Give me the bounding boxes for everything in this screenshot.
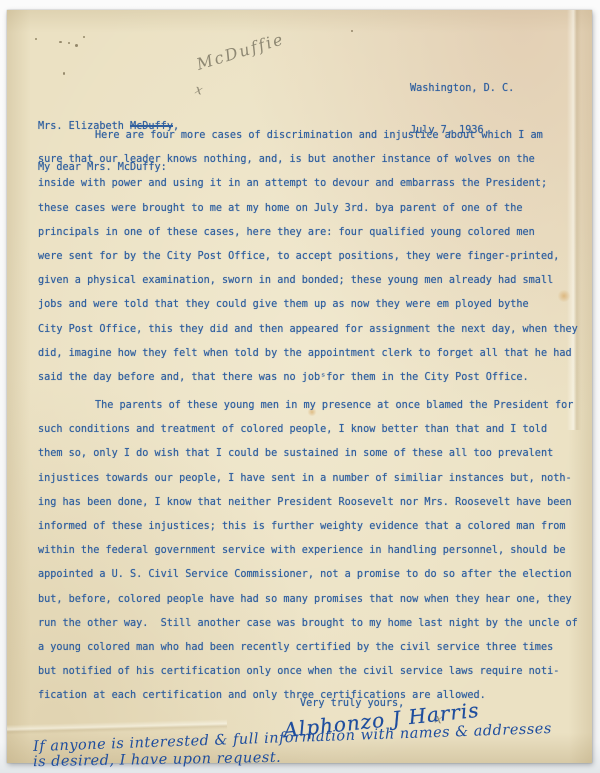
letter-line: said the day before and, that there was … bbox=[38, 366, 586, 390]
postscript-line-2: is desired, I have upon request. bbox=[33, 750, 281, 770]
paper-speck bbox=[83, 36, 85, 38]
letter-line: within the federal government service wi… bbox=[38, 539, 586, 563]
letter-line: principals in one of these cases, here t… bbox=[38, 221, 586, 245]
letter-page: McDuffie x x Washington, D. C. July 7, 1… bbox=[7, 10, 592, 763]
letter-line: sure that our leader knows nothing, and,… bbox=[38, 148, 586, 172]
letter-line: run the other way. Still another case wa… bbox=[38, 612, 586, 636]
paper-speck bbox=[35, 38, 37, 40]
letter-line: injustices towards our people, I have se… bbox=[38, 467, 586, 491]
letter-line: did, imagine how they felt when told by … bbox=[38, 342, 586, 366]
paper-speck bbox=[63, 72, 65, 75]
letter-line: but, before, colored people have had so … bbox=[38, 588, 586, 612]
paper-speck bbox=[351, 30, 353, 32]
letter-line: City Post Office, this they did and then… bbox=[38, 318, 586, 342]
letter-line: were sent for by the City Post Office, t… bbox=[38, 245, 586, 269]
letter-line: these cases were brought to me at my hom… bbox=[38, 197, 586, 221]
letter-line: appointed a U. S. Civil Service Commissi… bbox=[38, 563, 586, 587]
letter-line: jobs and were told that they could give … bbox=[38, 293, 586, 317]
paper-speck bbox=[59, 41, 62, 43]
letter-line: Here are four more cases of discriminati… bbox=[38, 124, 586, 148]
letter-body: Here are four more cases of discriminati… bbox=[38, 124, 586, 709]
paper-speck bbox=[75, 44, 78, 47]
letter-line: given a physical examination, sworn in a… bbox=[38, 269, 586, 293]
letter-line: such conditions and treatment of colored… bbox=[38, 418, 586, 442]
letter-line: them so, only I do wish that I could be … bbox=[38, 442, 586, 466]
pencil-x-mark-near-name: x bbox=[194, 82, 204, 98]
letter-line: a young colored man who had been recentl… bbox=[38, 636, 586, 660]
scan-background: McDuffie x x Washington, D. C. July 7, 1… bbox=[0, 0, 600, 773]
letter-line: ing has been done, I know that neither P… bbox=[38, 491, 586, 515]
letter-line: The parents of these young men in my pre… bbox=[38, 394, 586, 418]
city-line: Washington, D. C. bbox=[410, 82, 514, 96]
pencil-name-annotation: McDuffie bbox=[194, 29, 286, 74]
letter-line: inside with power and using it in an att… bbox=[38, 172, 586, 196]
letter-line: but notified of his certification only o… bbox=[38, 660, 586, 684]
letter-line: informed of these injustices; this is fu… bbox=[38, 515, 586, 539]
paper-speck bbox=[68, 42, 70, 44]
